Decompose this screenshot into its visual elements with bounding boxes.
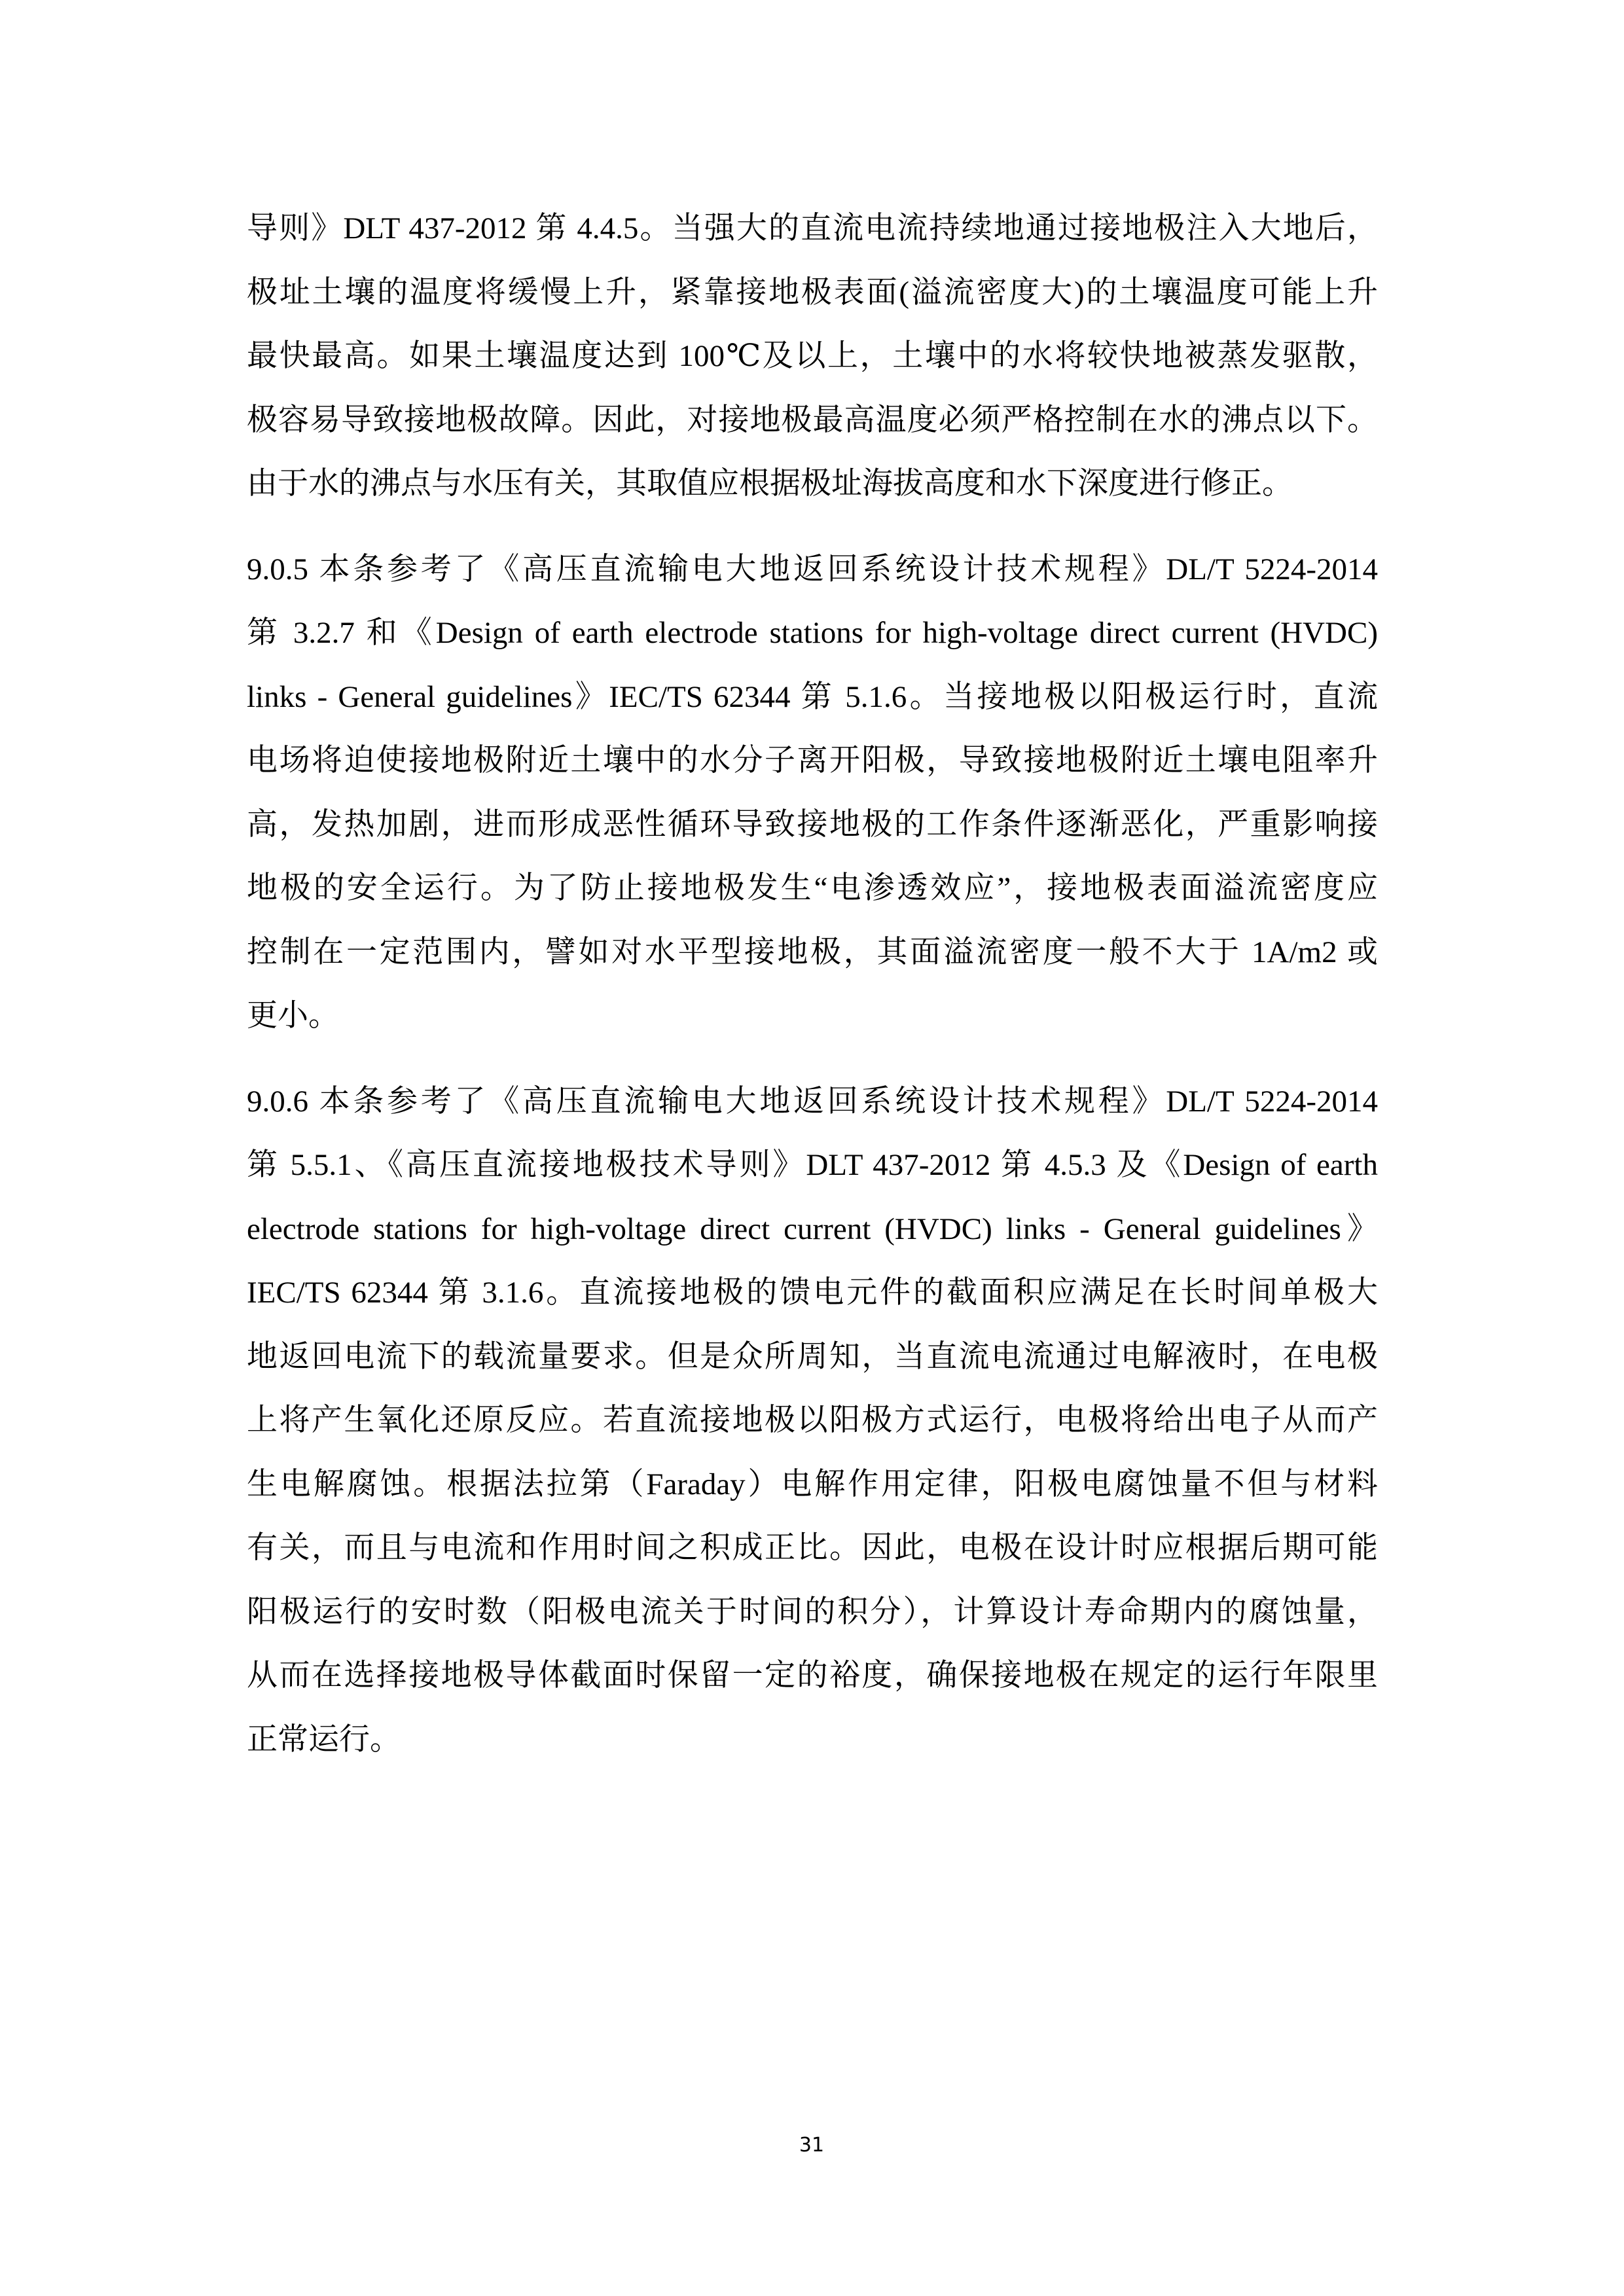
page-number: 31 bbox=[746, 2132, 877, 2159]
text-line: 由于水的沸点与水压有关，其取值应根据极址海拔高度和水下深度进行修正。 bbox=[247, 463, 1378, 528]
document-page: 导则》DLT 437-2012 第 4.4.5。当强大的直流电流持续地通过接地极… bbox=[0, 0, 1624, 2296]
text-line: 第 5.5.1、《高压直流接地极技术导则》DLT 437-2012 第 4.5.… bbox=[247, 1145, 1378, 1209]
text-line: 正常运行。 bbox=[247, 1719, 1378, 1784]
text-line: 生电解腐蚀。根据法拉第（Faraday）电解作用定律，阳极电腐蚀量不但与材料 bbox=[247, 1464, 1378, 1528]
text-line: 阳极运行的安时数（阳极电流关于时间的积分），计算设计寿命期内的腐蚀量， bbox=[247, 1592, 1378, 1656]
text-line: 最快最高。如果土壤温度达到 100℃及以上，土壤中的水将较快地被蒸发驱散， bbox=[247, 336, 1378, 400]
text-line: 极址土壤的温度将缓慢上升，紧靠接地极表面(溢流密度大)的土壤温度可能上升 bbox=[247, 272, 1378, 336]
text-line: 地极的安全运行。为了防止接地极发生“电渗透效应”，接地极表面溢流密度应 bbox=[247, 868, 1378, 932]
text-line: 导则》DLT 437-2012 第 4.4.5。当强大的直流电流持续地通过接地极… bbox=[247, 208, 1378, 272]
paragraph-continuation-9-0-4: 导则》DLT 437-2012 第 4.4.5。当强大的直流电流持续地通过接地极… bbox=[247, 208, 1378, 528]
text-line: 有关，而且与电流和作用时间之积成正比。因此，电极在设计时应根据后期可能 bbox=[247, 1528, 1378, 1592]
paragraph-clause-9-0-6: 9.0.6 本条参考了《高压直流输电大地返回系统设计技术规程》DL/T 5224… bbox=[247, 1081, 1378, 1784]
text-line: 极容易导致接地极故障。因此，对接地极最高温度必须严格控制在水的沸点以下。 bbox=[247, 400, 1378, 464]
text-line: 高，发热加剧，进而形成恶性循环导致接地极的工作条件逐渐恶化，严重影响接 bbox=[247, 804, 1378, 869]
body-text: 导则》DLT 437-2012 第 4.4.5。当强大的直流电流持续地通过接地极… bbox=[247, 208, 1378, 1804]
paragraph-clause-9-0-5: 9.0.5 本条参考了《高压直流输电大地返回系统设计技术规程》DL/T 5224… bbox=[247, 549, 1378, 1060]
text-line: 控制在一定范围内，譬如对水平型接地极，其面溢流密度一般不大于 1A/m2 或 bbox=[247, 932, 1378, 996]
text-line: links - General guidelines》IEC/TS 62344 … bbox=[247, 677, 1378, 741]
text-line: 上将产生氧化还原反应。若直流接地极以阳极方式运行，电极将给出电子从而产 bbox=[247, 1400, 1378, 1464]
text-line: 电场将迫使接地极附近土壤中的水分子离开阳极，导致接地极附近土壤电阻率升 bbox=[247, 740, 1378, 804]
text-line: 更小。 bbox=[247, 996, 1378, 1060]
text-line: 9.0.6 本条参考了《高压直流输电大地返回系统设计技术规程》DL/T 5224… bbox=[247, 1081, 1378, 1145]
text-line: IEC/TS 62344 第 3.1.6。直流接地极的馈电元件的截面积应满足在长… bbox=[247, 1272, 1378, 1336]
text-line: 地返回电流下的载流量要求。但是众所周知，当直流电流通过电解液时，在电极 bbox=[247, 1336, 1378, 1401]
text-line: 从而在选择接地极导体截面时保留一定的裕度，确保接地极在规定的运行年限里 bbox=[247, 1655, 1378, 1719]
text-line: 9.0.5 本条参考了《高压直流输电大地返回系统设计技术规程》DL/T 5224… bbox=[247, 549, 1378, 613]
text-line: 第 3.2.7 和《Design of earth electrode stat… bbox=[247, 613, 1378, 677]
text-line: electrode stations for high-voltage dire… bbox=[247, 1209, 1378, 1273]
